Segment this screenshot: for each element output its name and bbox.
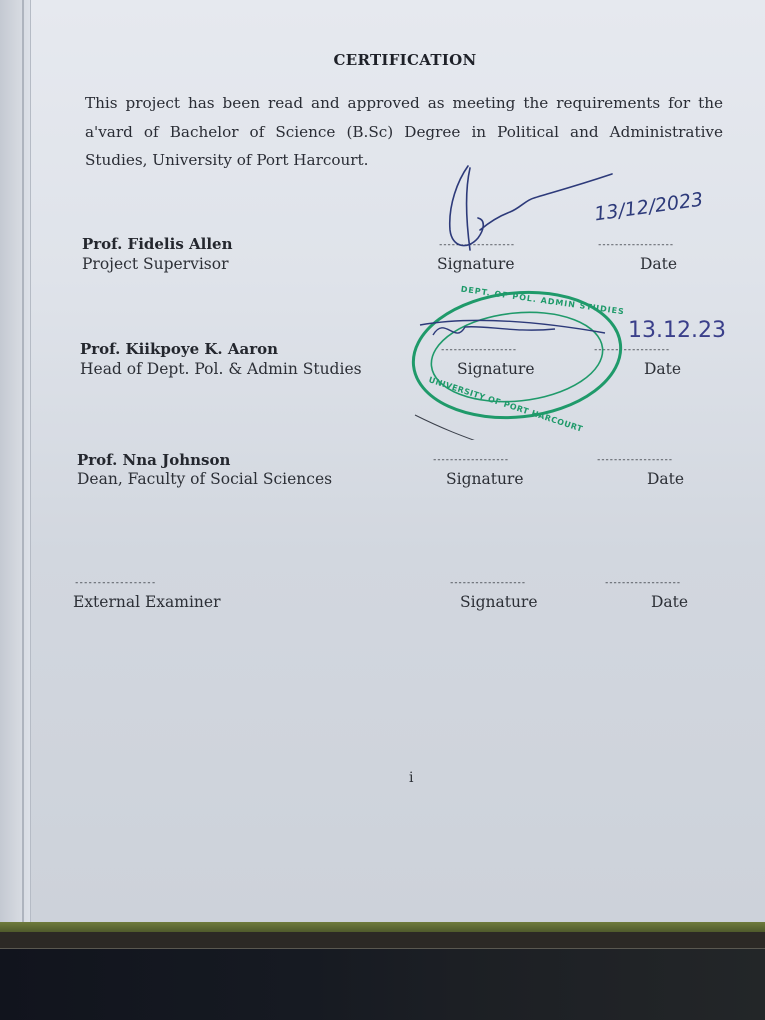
signature-line: ------------------ [432, 455, 508, 465]
signature-label: Signature [460, 593, 538, 611]
document-title: CERTIFICATION [0, 51, 765, 69]
handwritten-date-hod: 13.12.23 [628, 318, 726, 343]
signature-label: Signature [437, 255, 515, 273]
document-page: CERTIFICATION This project has been read… [0, 0, 765, 922]
signatory-role-examiner: External Examiner [73, 593, 221, 611]
date-line: ------------------ [604, 578, 680, 588]
signatory-role-hod: Head of Dept. Pol. & Admin Studies [80, 360, 362, 378]
table-surface [0, 932, 765, 949]
date-line: ------------------ [596, 455, 672, 465]
signatory-name-hod: Prof. Kiikpoye K. Aaron [80, 340, 278, 358]
date-line: ------------------ [597, 240, 673, 250]
stamp-top-text: DEPT. OF POL. ADMIN STUDIES [460, 285, 625, 317]
date-label: Date [640, 255, 677, 273]
signature-line: ------------------ [440, 345, 516, 355]
handwritten-date-supervisor: 13/12/2023 [593, 188, 705, 225]
signatory-role-dean: Dean, Faculty of Social Sciences [77, 470, 332, 488]
page-number: i [409, 770, 413, 786]
examiner-name-line: ------------------ [74, 578, 155, 588]
table-edge [0, 922, 765, 932]
stamp-bottom-text: UNIVERSITY OF PORT HARCOURT [428, 375, 584, 433]
date-label: Date [644, 360, 681, 378]
signature-line: ------------------ [449, 578, 525, 588]
signature-label: Signature [446, 470, 524, 488]
page-fold-line [22, 0, 24, 922]
signatory-role-supervisor: Project Supervisor [82, 255, 229, 273]
date-label: Date [651, 593, 688, 611]
page-stack-edge [0, 0, 31, 922]
date-line: ------------------ [593, 345, 669, 355]
certification-paragraph: This project has been read and approved … [85, 89, 723, 175]
signatory-name-dean: Prof. Nna Johnson [77, 451, 230, 469]
signature-line: ------------------ [438, 240, 514, 250]
background-floor [0, 949, 765, 1020]
signatory-name-supervisor: Prof. Fidelis Allen [82, 235, 232, 253]
signature-label: Signature [457, 360, 535, 378]
date-label: Date [647, 470, 684, 488]
